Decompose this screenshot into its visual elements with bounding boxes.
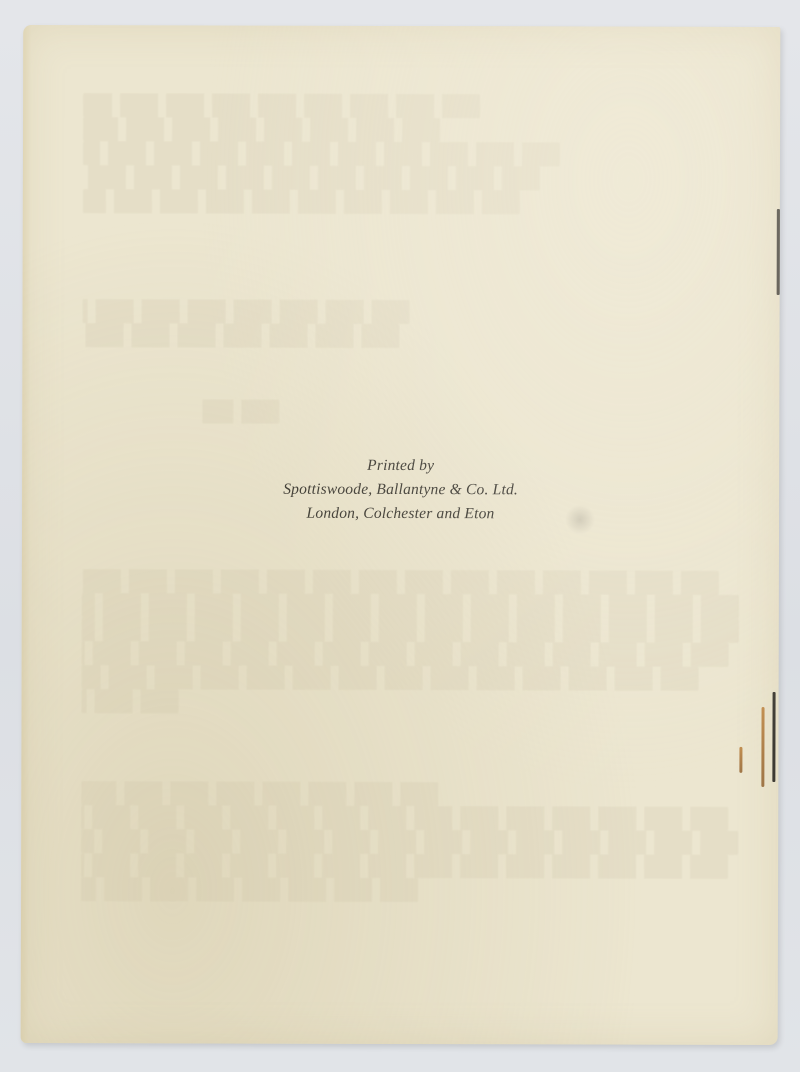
rust-stain-small [739,747,742,773]
imprint-printed-by: Printed by [22,453,779,479]
booklet-back-cover: Printed by Spottiswoode, Ballantyne & Co… [21,25,781,1045]
show-through-block-middle [82,569,739,715]
staple-top [777,209,780,295]
imprint-printer-name: Spottiswoode, Ballantyne & Co. Ltd. [22,477,779,503]
show-through-block-top [83,93,740,215]
staple-bottom [772,692,775,782]
printer-imprint: Printed by Spottiswoode, Ballantyne & Co… [22,453,779,527]
show-through-block-upper-middle [82,299,739,349]
ink-smudge [565,504,595,534]
show-through-block-lower [81,781,738,903]
show-through-heading [82,399,739,425]
imprint-locations: London, Colchester and Eton [22,501,779,527]
rust-stain [761,707,764,787]
